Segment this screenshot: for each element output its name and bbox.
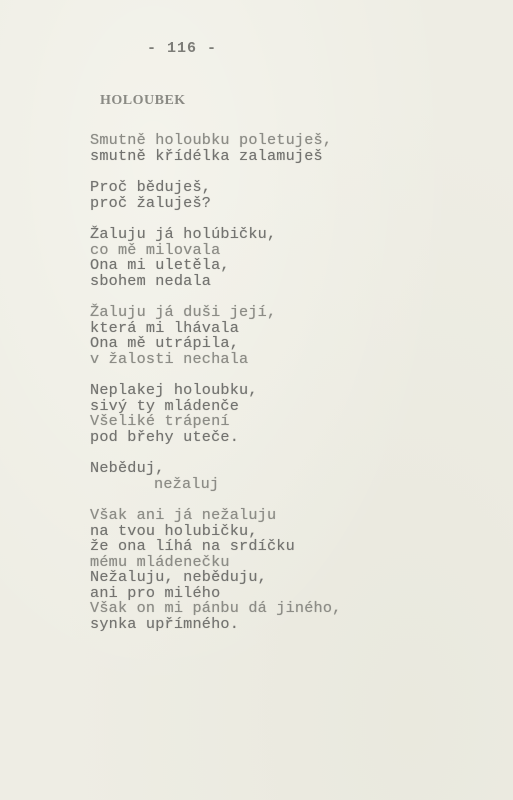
stanza: Neběduj,nežaluj bbox=[90, 461, 341, 492]
stanza: Neplakej holoubku,sivý ty mládenčeVšelik… bbox=[90, 383, 341, 445]
poem-line: v žalosti nechala bbox=[90, 352, 341, 368]
poem-body: Smutně holoubku poletuješ,smutně křídélk… bbox=[90, 133, 341, 648]
stanza: Smutně holoubku poletuješ,smutně křídélk… bbox=[90, 133, 341, 164]
poem-line: synka upřímného. bbox=[90, 617, 341, 633]
poem-line: pod břehy uteče. bbox=[90, 430, 341, 446]
document-page: - 116 - HOLOUBEK Smutně holoubku poletuj… bbox=[0, 0, 513, 800]
stanza: Žaluju já duši její,která mi lhávalaOna … bbox=[90, 305, 341, 367]
poem-line: proč žaluješ? bbox=[90, 196, 341, 212]
stanza: Proč běduješ,proč žaluješ? bbox=[90, 180, 341, 211]
poem-line: sbohem nedala bbox=[90, 274, 341, 290]
page-number: - 116 - bbox=[147, 40, 217, 57]
stanza: Však ani já nežalujuna tvou holubičku,že… bbox=[90, 508, 341, 632]
poem-title: HOLOUBEK bbox=[100, 93, 186, 109]
stanza: Žaluju já holúbičku,co mě milovalaOna mi… bbox=[90, 227, 341, 289]
poem-line: nežaluj bbox=[90, 477, 341, 493]
poem-line: smutně křídélka zalamuješ bbox=[90, 149, 341, 165]
